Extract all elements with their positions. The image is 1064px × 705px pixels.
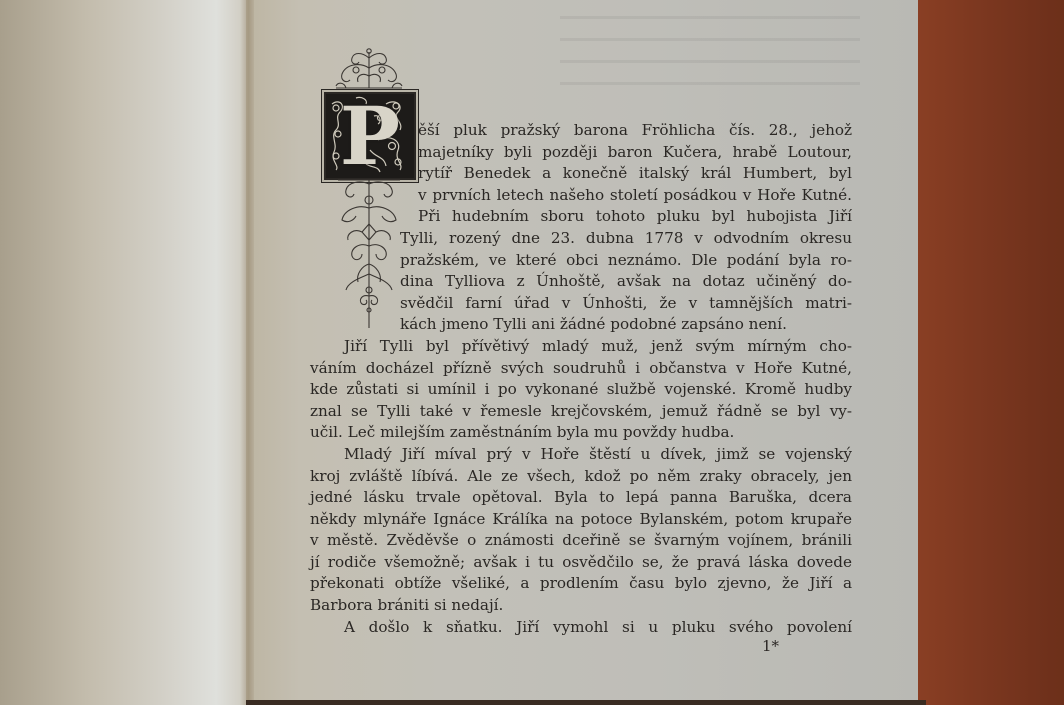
- text-line: váním docházel přízně svých soudruhů i o…: [310, 358, 852, 380]
- text-line: znal se Tylli také v řemesle krejčovském…: [310, 401, 852, 423]
- page-bottom-edge: [246, 700, 926, 705]
- text-line: jedné lásku trvale opětoval. Byla to lep…: [310, 487, 852, 509]
- text-line: překonati obtíže všeliké, a prodlením ča…: [310, 573, 852, 595]
- text-line: Barbora brániti si nedají.: [310, 595, 852, 617]
- paragraph-start: Jiří Tylli byl přívětivý mladý muž, jenž…: [310, 336, 852, 358]
- text-line: dina Tylliova z Únhoště, avšak na dotaz …: [400, 271, 852, 293]
- ornament-top-icon: [332, 46, 406, 90]
- signature-mark: 1*: [762, 637, 779, 655]
- text-line: v městě. Zvěděvše o známosti dceřině se …: [310, 530, 852, 552]
- text-line: Tylli, rozený dne 23. dubna 1778 v odvod…: [400, 228, 852, 250]
- text-line: svědčil farní úřad v Únhošti, že v tamně…: [400, 293, 852, 315]
- text-line: Při hudebním sboru tohoto pluku byl hubo…: [418, 206, 852, 228]
- text-line: učil. Leč milejším zaměstnáním byla mu p…: [310, 422, 852, 444]
- text-line: kde zůstati si umínil i po vykonané služ…: [310, 379, 852, 401]
- wooden-table: [915, 0, 1064, 705]
- text-line: ěší pluk pražský barona Fröhlicha čís. 2…: [418, 120, 852, 142]
- text-line: majetníky byli později baron Kučera, hra…: [418, 142, 852, 164]
- paragraph-start: Mladý Jiří míval prý v Hoře štěstí u dív…: [310, 444, 852, 466]
- text-line: jí rodiče všemožně; avšak i tu osvědčilo…: [310, 552, 852, 574]
- text-line: někdy mlynáře Ignáce Králíka na potoce B…: [310, 509, 852, 531]
- body-text: ěší pluk pražský barona Fröhlicha čís. 2…: [310, 120, 852, 638]
- text-line: pražském, ve které obci neznámo. Dle pod…: [400, 250, 852, 272]
- bleed-through-text: [560, 4, 860, 94]
- book-gutter: [240, 0, 254, 705]
- text-line: rytíř Benedek a konečně italský král Hum…: [418, 163, 852, 185]
- left-page: [0, 0, 246, 705]
- drop-cap-letter: P: [340, 96, 400, 176]
- paragraph-start: A došlo k sňatku. Jiří vymohl si u pluku…: [310, 617, 852, 639]
- text-line: kách jmeno Tylli ani žádné podobné zapsá…: [400, 314, 852, 336]
- text-line: v prvních letech našeho století posádkou…: [418, 185, 852, 207]
- text-line: kroj zvláště líbívá. Ale ze všech, kdož …: [310, 466, 852, 488]
